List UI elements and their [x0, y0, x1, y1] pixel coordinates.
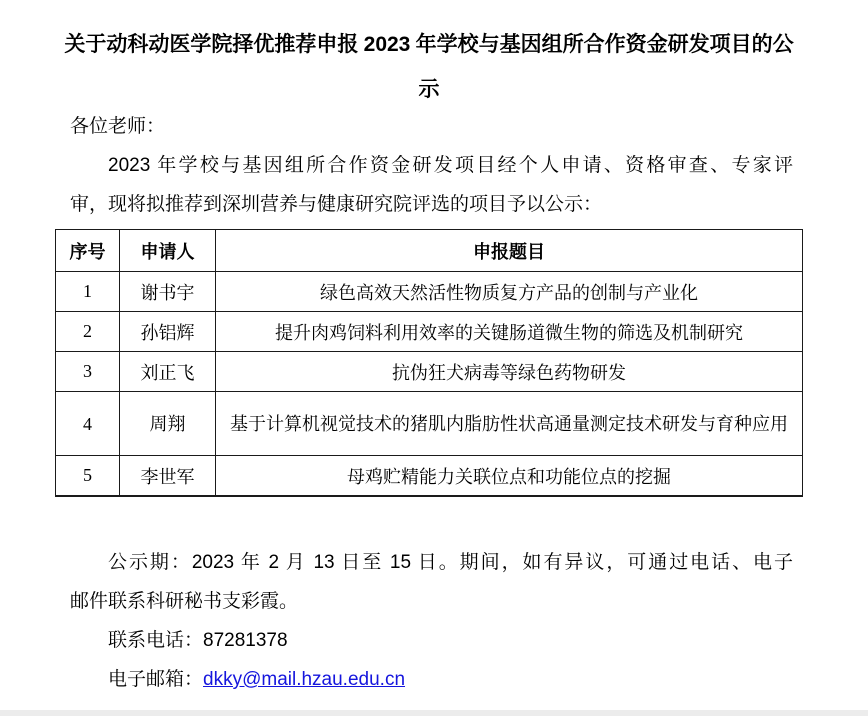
page-title-line-1: 关于动科动医学院择优推荐申报 2023 年学校与基因组所合作资金研发项目的公 — [55, 0, 803, 59]
cell-applicant: 谢书宇 — [120, 272, 216, 312]
cell-no: 3 — [56, 352, 120, 392]
table-row: 4 周翔 基于计算机视觉技术的猪肌内脂肪性状高通量测定技术研发与育种应用 — [56, 392, 803, 456]
applicants-table: 序号 申请人 申报题目 1 谢书宇 绿色高效天然活性物质复方产品的创制与产业化 … — [55, 229, 803, 497]
intro-line-1: 2023 年学校与基因组所合作资金研发项目经个人申请、资格审查、专家评 — [55, 146, 793, 185]
document-content: 关于动科动医学院择优推荐申报 2023 年学校与基因组所合作资金研发项目的公 示… — [0, 0, 868, 699]
email-label: 电子邮箱： — [108, 669, 203, 690]
notice-line-2: 邮件联系科研秘书支彩霞。 — [55, 582, 793, 621]
page-title-line-2: 示 — [55, 75, 803, 103]
email-line: 电子邮箱：dkky@mail.hzau.edu.cn — [55, 660, 793, 699]
bottom-edge-strip — [0, 710, 868, 716]
table-row: 5 李世军 母鸡贮精能力关联位点和功能位点的挖掘 — [56, 456, 803, 497]
cell-title: 提升肉鸡饲料利用效率的关键肠道微生物的筛选及机制研究 — [216, 312, 803, 352]
intro-paragraph: 各位老师： 2023 年学校与基因组所合作资金研发项目经个人申请、资格审查、专家… — [55, 107, 803, 224]
notice-line-1: 公示期：2023 年 2 月 13 日至 15 日。期间，如有异议，可通过电话、… — [55, 543, 793, 582]
cell-no: 1 — [56, 272, 120, 312]
intro-line-2: 审，现将拟推荐到深圳营养与健康研究院评选的项目予以公示： — [55, 185, 793, 224]
table-row: 1 谢书宇 绿色高效天然活性物质复方产品的创制与产业化 — [56, 272, 803, 312]
phone-number: 87281378 — [203, 630, 288, 651]
cell-applicant: 周翔 — [120, 392, 216, 456]
cell-no: 5 — [56, 456, 120, 497]
phone-label: 联系电话： — [108, 630, 203, 651]
cell-title: 母鸡贮精能力关联位点和功能位点的挖掘 — [216, 456, 803, 497]
cell-no: 4 — [56, 392, 120, 456]
notice-paragraph: 公示期：2023 年 2 月 13 日至 15 日。期间，如有异议，可通过电话、… — [55, 543, 803, 699]
document-page: 关于动科动医学院择优推荐申报 2023 年学校与基因组所合作资金研发项目的公 示… — [0, 0, 868, 716]
cell-no: 2 — [56, 312, 120, 352]
cell-title: 抗伪狂犬病毒等绿色药物研发 — [216, 352, 803, 392]
header-cell-title: 申报题目 — [216, 230, 803, 272]
phone-line: 联系电话：87281378 — [55, 621, 793, 660]
salutation: 各位老师： — [55, 107, 793, 146]
cell-applicant: 孙铝辉 — [120, 312, 216, 352]
table-row: 3 刘正飞 抗伪狂犬病毒等绿色药物研发 — [56, 352, 803, 392]
header-cell-no: 序号 — [56, 230, 120, 272]
cell-title: 基于计算机视觉技术的猪肌内脂肪性状高通量测定技术研发与育种应用 — [216, 392, 803, 456]
email-link[interactable]: dkky@mail.hzau.edu.cn — [203, 669, 405, 690]
cell-applicant: 刘正飞 — [120, 352, 216, 392]
cell-title: 绿色高效天然活性物质复方产品的创制与产业化 — [216, 272, 803, 312]
table-header-row: 序号 申请人 申报题目 — [56, 230, 803, 272]
cell-applicant: 李世军 — [120, 456, 216, 497]
header-cell-applicant: 申请人 — [120, 230, 216, 272]
table-row: 2 孙铝辉 提升肉鸡饲料利用效率的关键肠道微生物的筛选及机制研究 — [56, 312, 803, 352]
